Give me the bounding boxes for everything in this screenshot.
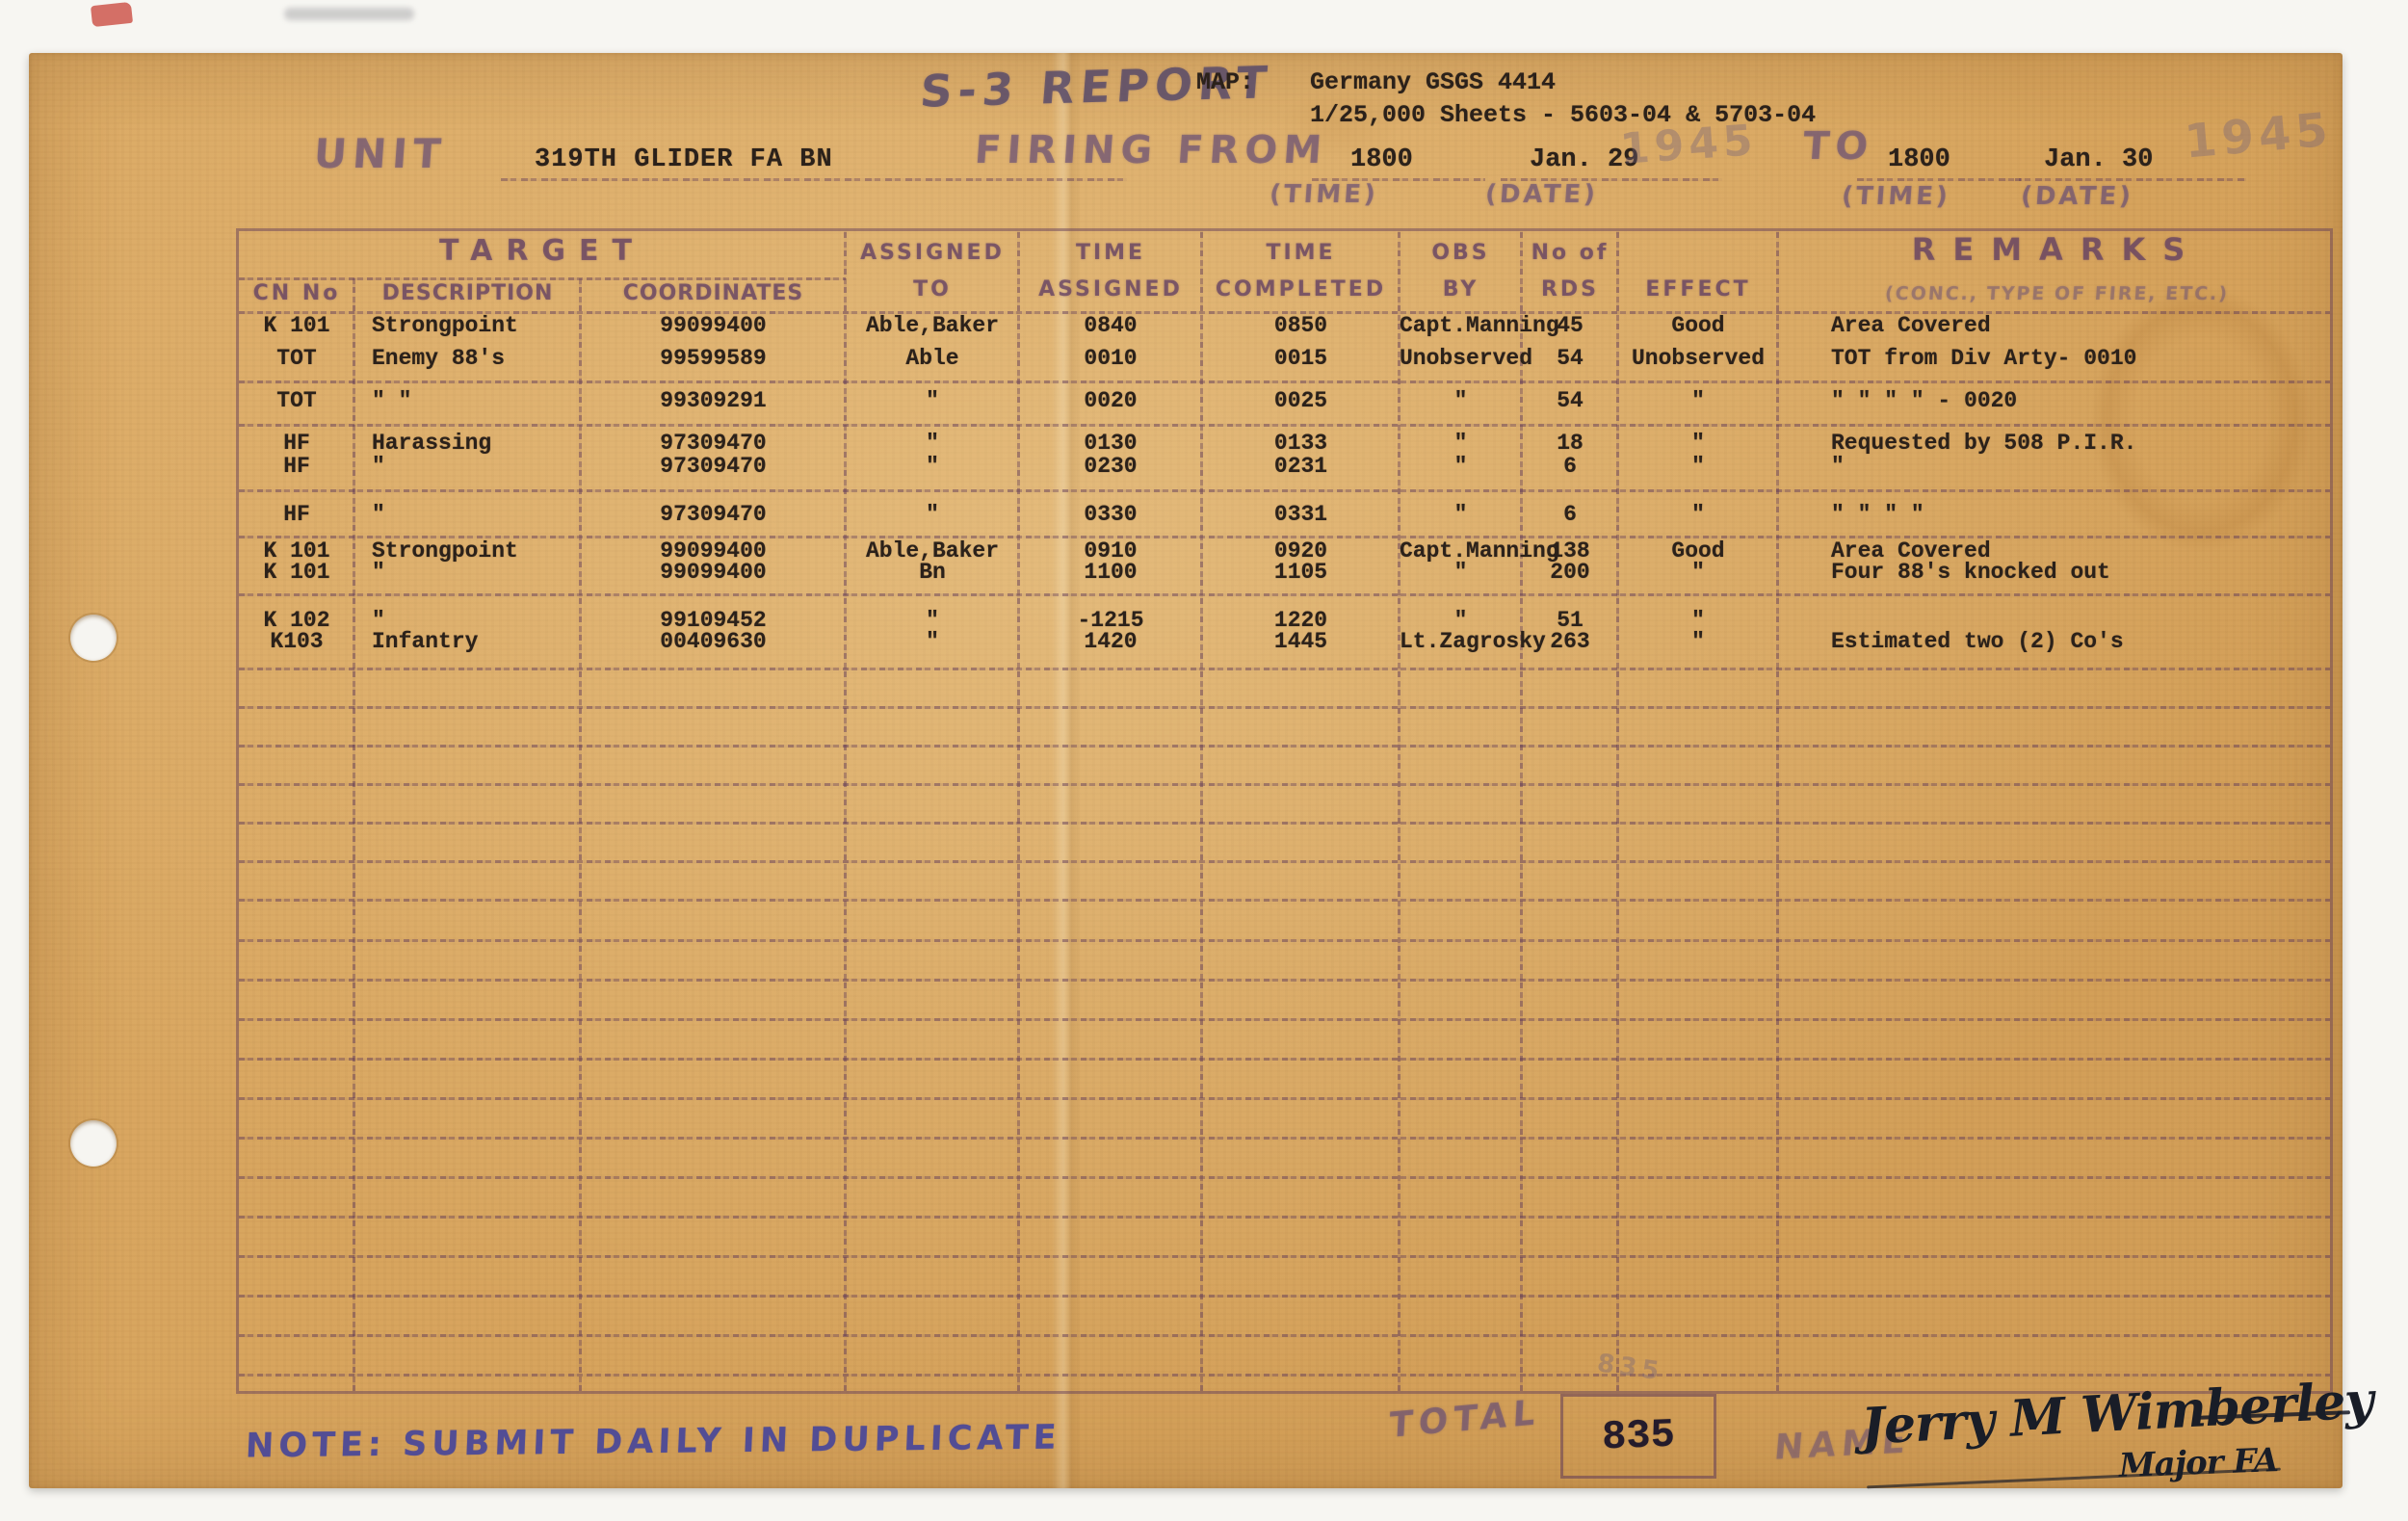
- unit-value: 319TH GLIDER FA BN: [535, 145, 833, 174]
- cell-obs-by: ": [1400, 560, 1522, 585]
- cell-coordinates: 99099400: [581, 560, 846, 585]
- col-header-remarks-sub: (CONC., TYPE OF FIRE, ETC.): [1777, 281, 2337, 306]
- cell-remarks: Estimated two (2) Co's: [1831, 629, 2336, 654]
- firing-from-label: FIRING FROM: [973, 128, 1328, 172]
- cell-time-completed: 0025: [1202, 388, 1400, 413]
- cell-time-completed: 0015: [1202, 346, 1400, 371]
- cell-remarks: Four 88's knocked out: [1831, 560, 2336, 585]
- col-header-no-of-rds: No of: [1522, 241, 1618, 266]
- date-caption: (DATE): [2020, 182, 2134, 211]
- hole-punch: [70, 1120, 117, 1167]
- grid-hline: [239, 706, 2330, 709]
- grid-hline: [239, 1216, 2330, 1219]
- cell-effect: Unobserved: [1618, 346, 1778, 371]
- grid-hline: [239, 668, 2330, 670]
- cell-time-assigned: 0010: [1019, 346, 1202, 371]
- cell-time-completed: 0850: [1202, 313, 1400, 338]
- grid-hline: [239, 1176, 2330, 1179]
- cell-time-assigned: 0130: [1019, 431, 1202, 456]
- total-value: 835: [1562, 1394, 1715, 1478]
- cell-no-of-rds: 18: [1522, 431, 1618, 456]
- cell-time-assigned: 0330: [1019, 502, 1202, 527]
- grid-hline: [239, 424, 2330, 427]
- cell-concentration-no: K 101: [239, 313, 354, 338]
- grid-hline: [239, 1374, 2330, 1377]
- to-time-line: [1857, 178, 2021, 181]
- cell-description: Enemy 88's: [372, 346, 581, 371]
- col-header-remarks: REMARKS: [1778, 237, 2336, 262]
- red-mark: [91, 2, 133, 27]
- unit-label: UNIT: [312, 130, 448, 177]
- cell-description: ": [372, 502, 581, 527]
- cell-remarks: ": [1831, 454, 2336, 479]
- to-year: 1945: [2183, 102, 2335, 169]
- grid-hline: [239, 536, 2330, 538]
- cell-description: Strongpoint: [372, 313, 581, 338]
- col-header-no: CN No: [239, 281, 354, 306]
- map-name: Germany GSGS 4414: [1310, 68, 1556, 96]
- to-time: 1800: [1888, 145, 1950, 174]
- cell-coordinates: 97309470: [581, 431, 846, 456]
- table-row: K 101 Strongpoint 99099400 Able,Baker 08…: [239, 313, 2330, 338]
- cell-assigned-to: ": [846, 431, 1019, 456]
- cell-assigned-to: Able: [846, 346, 1019, 371]
- grid-hline: [239, 979, 2330, 982]
- grid-hline: [239, 1018, 2330, 1021]
- cell-effect: ": [1618, 560, 1778, 585]
- cell-coordinates: 99099400: [581, 313, 846, 338]
- cell-time-completed: 0331: [1202, 502, 1400, 527]
- col-header-coordinates: COORDINATES: [581, 281, 846, 306]
- col-header-effect: EFFECT: [1618, 277, 1778, 302]
- cell-no-of-rds: 54: [1522, 346, 1618, 371]
- cell-effect: Good: [1618, 313, 1778, 338]
- cell-obs-by: Unobserved: [1400, 346, 1522, 371]
- cell-effect: ": [1618, 502, 1778, 527]
- grid-hline: [239, 1058, 2330, 1061]
- grid-hline: [239, 593, 2330, 596]
- grid-hline: [239, 380, 2330, 383]
- table-row: K 101 " 99099400 Bn 1100 1105 " 200 " Fo…: [239, 560, 2330, 585]
- col-header-no-of-rds: RDS: [1522, 277, 1618, 302]
- grid-hline: [239, 1137, 2330, 1140]
- grid-hline: [239, 939, 2330, 942]
- col-header-assigned-to: ASSIGNED: [846, 241, 1019, 266]
- cell-obs-by: Capt.Manning: [1400, 313, 1522, 338]
- cell-obs-by: ": [1400, 388, 1522, 413]
- grid-hline: [239, 489, 2330, 492]
- cell-no-of-rds: 45: [1522, 313, 1618, 338]
- col-header-assigned-to: TO: [846, 277, 1019, 302]
- cell-concentration-no: K 101: [239, 560, 354, 585]
- cell-description: " ": [372, 388, 581, 413]
- grid-hline: [239, 899, 2330, 902]
- to-date: Jan. 30: [2044, 145, 2153, 174]
- cell-remarks: Area Covered: [1831, 313, 2336, 338]
- cell-time-assigned: 1100: [1019, 560, 1202, 585]
- grid-hline: [239, 1097, 2330, 1100]
- cell-time-assigned: 0840: [1019, 313, 1202, 338]
- cell-effect: ": [1618, 388, 1778, 413]
- col-header-time-assigned: ASSIGNED: [1019, 277, 1202, 302]
- grid-hline: [239, 1334, 2330, 1337]
- unit-blank-line: [501, 178, 1127, 181]
- table-row: HF " 97309470 " 0230 0231 " 6 " ": [239, 454, 2330, 479]
- note-text: NOTE: SUBMIT DAILY IN DUPLICATE: [245, 1419, 1061, 1466]
- cell-coordinates: 99309291: [581, 388, 846, 413]
- col-header-time-completed: TIME: [1202, 241, 1400, 266]
- col-header-target: TARGET: [239, 239, 846, 264]
- cell-assigned-to: Bn: [846, 560, 1019, 585]
- date-caption: (DATE): [1484, 180, 1599, 209]
- grid-hline: [239, 1295, 2330, 1298]
- total-label: TOTAL: [1388, 1393, 1541, 1446]
- time-caption: (TIME): [1841, 182, 1951, 211]
- cell-effect: ": [1618, 431, 1778, 456]
- cell-no-of-rds: 54: [1522, 388, 1618, 413]
- grid-hline: [239, 860, 2330, 863]
- cell-concentration-no: TOT: [239, 388, 354, 413]
- firing-table: TARGET CN No DESCRIPTION COORDINATES ASS…: [236, 228, 2333, 1394]
- table-row: HF Harassing 97309470 " 0130 0133 " 18 "…: [239, 431, 2330, 456]
- grid-hline: [239, 822, 2330, 825]
- grid-hline: [239, 1255, 2330, 1258]
- total-box: 835: [1560, 1394, 1716, 1479]
- cell-coordinates: 97309470: [581, 502, 846, 527]
- cell-obs-by: ": [1400, 502, 1522, 527]
- cell-time-completed: 0133: [1202, 431, 1400, 456]
- to-date-line: [2015, 178, 2246, 181]
- from-year: 1945: [1618, 116, 1759, 174]
- gray-smudge: [284, 8, 414, 20]
- cell-obs-by: Lt.Zagrosky: [1400, 629, 1522, 654]
- table-row: TOT Enemy 88's 99599589 Able 0010 0015 U…: [239, 346, 2330, 371]
- col-header-obs-by: OBS: [1400, 241, 1522, 266]
- cell-time-assigned: 0230: [1019, 454, 1202, 479]
- cell-effect: ": [1618, 454, 1778, 479]
- cell-time-completed: 1445: [1202, 629, 1400, 654]
- grid-hline: [239, 783, 2330, 786]
- cell-coordinates: 99599589: [581, 346, 846, 371]
- col-header-description: DESCRIPTION: [354, 281, 581, 306]
- cell-assigned-to: ": [846, 454, 1019, 479]
- cell-description: Infantry: [372, 629, 581, 654]
- cell-obs-by: ": [1400, 431, 1522, 456]
- cell-concentration-no: K103: [239, 629, 354, 654]
- cell-remarks: " " " ": [1831, 502, 2336, 527]
- cell-coordinates: 97309470: [581, 454, 846, 479]
- cell-remarks: " " " " - 0020: [1831, 388, 2336, 413]
- signature-title: Major FA: [2118, 1441, 2278, 1485]
- cell-remarks: Requested by 508 P.I.R.: [1831, 431, 2336, 456]
- cell-description: ": [372, 454, 581, 479]
- cell-effect: ": [1618, 629, 1778, 654]
- cell-concentration-no: HF: [239, 502, 354, 527]
- table-row: K103 Infantry 00409630 " 1420 1445 Lt.Za…: [239, 629, 2330, 654]
- cell-no-of-rds: 263: [1522, 629, 1618, 654]
- table-row: TOT " " 99309291 " 0020 0025 " 54 " " " …: [239, 388, 2330, 413]
- paper-document: S-3 REPORT MAP: Germany GSGS 4414 1/25,0…: [29, 53, 2343, 1488]
- cell-assigned-to: ": [846, 502, 1019, 527]
- table-row: HF " 97309470 " 0330 0331 " 6 " " " " ": [239, 502, 2330, 527]
- to-label: TO: [1801, 124, 1875, 169]
- cell-time-assigned: 1420: [1019, 629, 1202, 654]
- cell-time-completed: 0231: [1202, 454, 1400, 479]
- cell-description: ": [372, 560, 581, 585]
- cell-coordinates: 00409630: [581, 629, 846, 654]
- cell-no-of-rds: 200: [1522, 560, 1618, 585]
- col-header-obs-by: BY: [1400, 277, 1522, 302]
- from-time: 1800: [1350, 145, 1413, 174]
- cell-obs-by: ": [1400, 454, 1522, 479]
- cell-time-completed: 1105: [1202, 560, 1400, 585]
- cell-no-of-rds: 6: [1522, 454, 1618, 479]
- hole-punch: [70, 615, 117, 661]
- cell-assigned-to: Able,Baker: [846, 313, 1019, 338]
- cell-time-assigned: 0020: [1019, 388, 1202, 413]
- time-caption: (TIME): [1269, 180, 1379, 209]
- cell-assigned-to: ": [846, 629, 1019, 654]
- col-header-time-assigned: TIME: [1019, 241, 1202, 266]
- cell-concentration-no: HF: [239, 454, 354, 479]
- grid-hline: [239, 277, 846, 280]
- cell-remarks: TOT from Div Arty- 0010: [1831, 346, 2336, 371]
- cell-no-of-rds: 6: [1522, 502, 1618, 527]
- grid-hline: [239, 745, 2330, 747]
- cell-description: Harassing: [372, 431, 581, 456]
- cell-concentration-no: HF: [239, 431, 354, 456]
- map-label: MAP:: [1196, 68, 1254, 96]
- col-header-time-completed: COMPLETED: [1202, 277, 1400, 302]
- cell-assigned-to: ": [846, 388, 1019, 413]
- scan-background: S-3 REPORT MAP: Germany GSGS 4414 1/25,0…: [0, 0, 2408, 1521]
- cell-concentration-no: TOT: [239, 346, 354, 371]
